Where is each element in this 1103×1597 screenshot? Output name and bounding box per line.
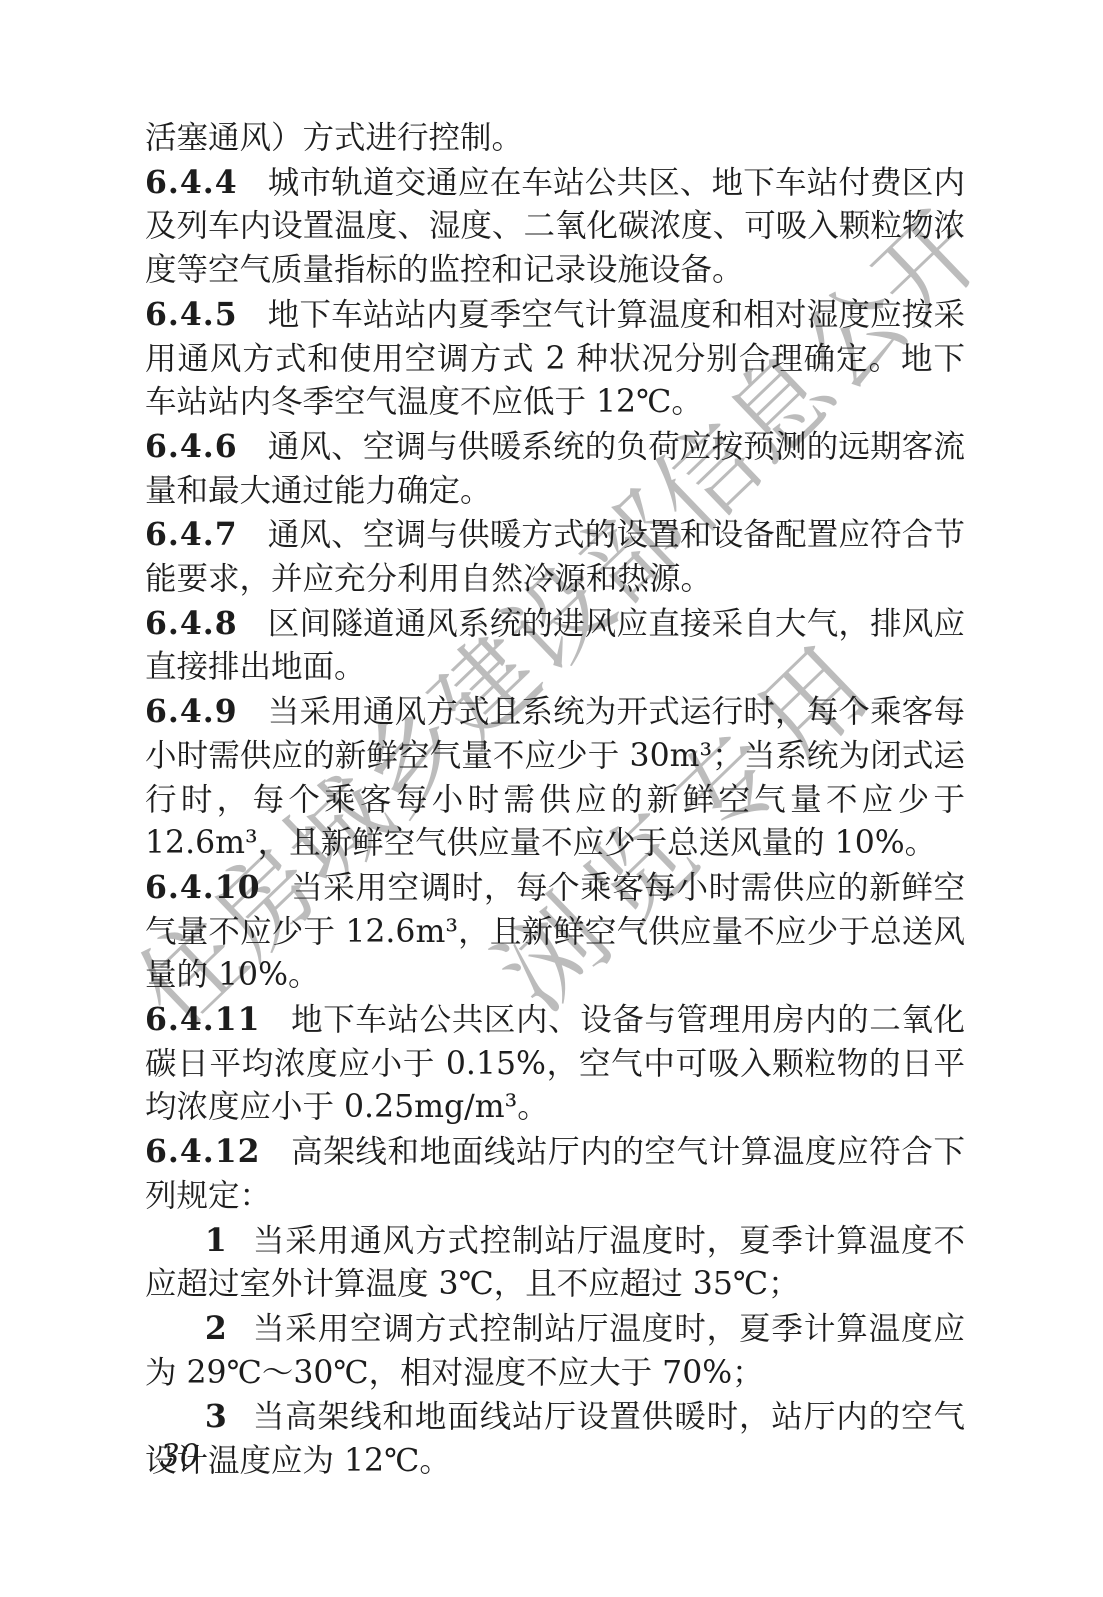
subclause-text: 当采用空调方式控制站厅温度时，夏季计算温度应为 29℃～30℃，相对湿度不应大于… [145,1311,965,1391]
clause-6-4-4: 6.4.4城市轨道交通应在车站公共区、地下车站付费区内及列车内设置温度、湿度、二… [145,161,965,293]
clause-6-4-9: 6.4.9当采用通风方式且系统为开式运行时，每个乘客每小时需供应的新鲜空气量不应… [145,690,965,866]
clause-text: 当采用通风方式且系统为开式运行时，每个乘客每小时需供应的新鲜空气量不应少于 30… [145,694,965,861]
clause-6-4-10: 6.4.10当采用空调时，每个乘客每小时需供应的新鲜空气量不应少于 12.6m³… [145,866,965,998]
clause-text: 地下车站站内夏季空气计算温度和相对湿度应按采用通风方式和使用空调方式 2 种状况… [145,297,965,420]
clause-6-4-12: 6.4.12高架线和地面线站厅内的空气计算温度应符合下列规定： [145,1130,965,1218]
clause-text: 活塞通风）方式进行控制。 [145,120,523,156]
clause-text: 区间隧道通风系统的进风应直接采自大气，排风应直接排出地面。 [145,606,965,686]
clause-number: 6.4.8 [145,605,238,642]
clause-number: 6.4.6 [145,428,238,465]
page-number: 30 [160,1438,199,1474]
clause-number: 6.4.12 [145,1133,261,1170]
subclause-2: 2当采用空调方式控制站厅温度时，夏季计算温度应为 29℃～30℃，相对湿度不应大… [145,1307,965,1395]
clause-6-4-11: 6.4.11地下车站公共区内、设备与管理用房内的二氧化碳日平均浓度应小于 0.1… [145,998,965,1130]
subclause-1: 1当采用通风方式控制站厅温度时，夏季计算温度不应超过室外计算温度 3℃，且不应超… [145,1219,965,1307]
clause-6-4-5: 6.4.5地下车站站内夏季空气计算温度和相对湿度应按采用通风方式和使用空调方式 … [145,293,965,425]
clause-6-4-7: 6.4.7通风、空调与供暖方式的设置和设备配置应符合节能要求，并应充分利用自然冷… [145,513,965,601]
clause-text: 通风、空调与供暖方式的设置和设备配置应符合节能要求，并应充分利用自然冷源和热源。 [145,517,965,597]
clause-text: 城市轨道交通应在车站公共区、地下车站付费区内及列车内设置温度、湿度、二氧化碳浓度… [145,165,965,288]
clause-text: 当采用空调时，每个乘客每小时需供应的新鲜空气量不应少于 12.6m³，且新鲜空气… [145,870,965,993]
clause-continuation: 活塞通风）方式进行控制。 [145,117,965,161]
clause-6-4-6: 6.4.6通风、空调与供暖系统的负荷应按预测的远期客流量和最大通过能力确定。 [145,425,965,513]
subclause-number: 1 [205,1222,227,1259]
clause-number: 6.4.9 [145,693,238,730]
document-body: 活塞通风）方式进行控制。 6.4.4城市轨道交通应在车站公共区、地下车站付费区内… [145,117,965,1484]
subclause-3: 3当高架线和地面线站厅设置供暖时，站厅内的空气设计温度应为 12℃。 [145,1395,965,1483]
subclause-text: 当高架线和地面线站厅设置供暖时，站厅内的空气设计温度应为 12℃。 [145,1399,965,1479]
clause-number: 6.4.11 [145,1001,261,1038]
clause-number: 6.4.7 [145,516,238,553]
clause-text: 地下车站公共区内、设备与管理用房内的二氧化碳日平均浓度应小于 0.15%，空气中… [145,1002,965,1125]
subclause-number: 2 [205,1310,227,1347]
clause-number: 6.4.10 [145,869,261,906]
subclause-text: 当采用通风方式控制站厅温度时，夏季计算温度不应超过室外计算温度 3℃，且不应超过… [145,1223,965,1303]
clause-6-4-8: 6.4.8区间隧道通风系统的进风应直接采自大气，排风应直接排出地面。 [145,602,965,690]
clause-number: 6.4.4 [145,164,238,201]
clause-text: 通风、空调与供暖系统的负荷应按预测的远期客流量和最大通过能力确定。 [145,429,965,509]
document-page: 住房城乡建设部信息公开 浏览专用 活塞通风）方式进行控制。 6.4.4城市轨道交… [0,0,1103,1597]
clause-text: 高架线和地面线站厅内的空气计算温度应符合下列规定： [145,1134,965,1214]
clause-number: 6.4.5 [145,296,238,333]
subclause-number: 3 [205,1398,227,1435]
